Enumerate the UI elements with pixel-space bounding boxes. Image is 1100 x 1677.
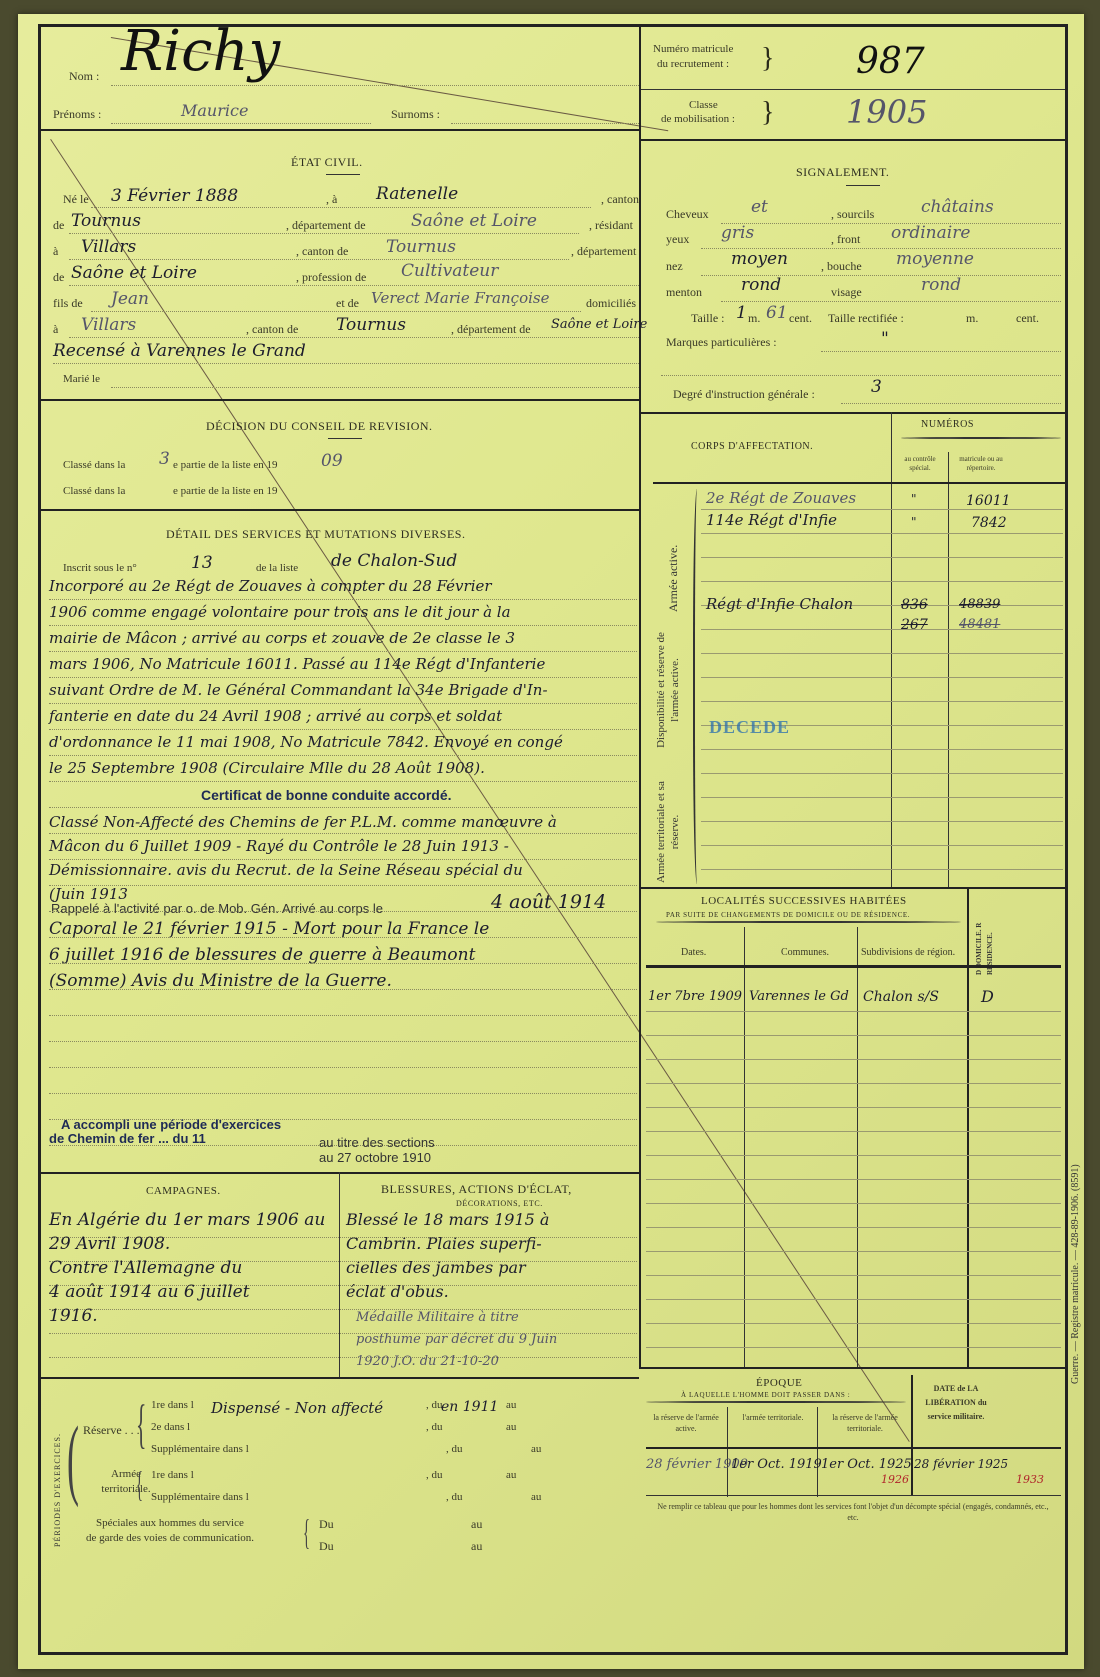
accompli-stamp-1: A accompli une période d'exercices [61, 1117, 281, 1132]
a3-label: à [53, 322, 58, 337]
text-line: Classé Non-Affecté des Chemins de fer P.… [49, 813, 557, 831]
col-communes-header: Communes. [781, 947, 829, 958]
col-dates-header: Dates. [681, 947, 706, 958]
decede-stamp: DECEDE [709, 717, 790, 738]
dept-residence: Saône et Loire [71, 263, 197, 283]
decision-line1-label: Classé dans la [63, 459, 125, 471]
taille-cm-label: cent. [789, 311, 812, 326]
speciales-label-1: Spéciales aux hommes du service [96, 1517, 244, 1529]
periode-row-du-value: en 1911 [441, 1399, 498, 1415]
text-line: Cambrin. Plaies superfi- [346, 1234, 542, 1253]
accompli-stamp-4: au 27 octobre 1910 [319, 1150, 431, 1165]
col-controle-header: au contrôle spécial. [893, 455, 947, 473]
recense-value: Recensé à Varennes le Grand [53, 341, 306, 361]
ne-le-label: Né le [63, 192, 89, 207]
menton-label: menton [666, 285, 702, 300]
lieu-naissance: Ratenelle [376, 184, 458, 204]
dept3-label: , département de [451, 322, 531, 337]
epoque-val2: 1er Oct. 1919 [731, 1457, 822, 1472]
canton3-label: , canton de [246, 322, 298, 337]
text-line: Médaille Militaire à titre [356, 1310, 519, 1325]
text-line: Mâcon du 6 Juillet 1909 - Rayé du Contrô… [49, 837, 509, 855]
menton-value: rond [741, 275, 781, 295]
ne-le-value: 3 Février 1888 [111, 186, 238, 206]
profession-value: Cultivateur [401, 261, 498, 281]
armee-active-label: Armée active. [666, 545, 681, 612]
aff-row2-matricule: 7842 [971, 515, 1007, 531]
canton-label: , canton [601, 192, 639, 207]
text-line: éclat d'obus. [346, 1282, 449, 1301]
speciales-label-2: de garde des voies de communication. [86, 1532, 254, 1544]
reserve-label: Réserve . . . [83, 1423, 140, 1438]
speciales-du-1: Du [319, 1517, 334, 1532]
domicilies-label: domiciliés [586, 296, 636, 311]
prenoms-value: Maurice [181, 101, 248, 120]
periode-row-label: 2e dans l [151, 1421, 190, 1433]
periode-row-du: , du [446, 1491, 463, 1503]
classe-value: 1905 [846, 93, 927, 131]
epoque-val4-correction: 1933 [1016, 1473, 1044, 1486]
text-line: mairie de Mâcon ; arrivé au corps et zou… [49, 629, 515, 647]
text-line: d'ordonnance le 11 mai 1908, No Matricul… [49, 733, 563, 751]
decision-line2-label-b: e partie de la liste en 19 [173, 485, 277, 497]
loc-row1-date: 1er 7bre 1909 [648, 989, 742, 1004]
parents-residence: Villars [81, 315, 136, 335]
blessures-title: BLESSURES, ACTIONS D'ÉCLAT, [381, 1182, 572, 1197]
loc-row1-commune: Varennes le Gd [749, 989, 849, 1004]
col-dr-header: D DOMICILE. R RÉSIDENCE. [974, 895, 996, 975]
taille-m-label: m. [748, 311, 760, 326]
rappele-stamp: Rappelé à l'activité par o. de Mob. Gén.… [51, 901, 383, 916]
text-line: En Algérie du 1er mars 1906 au [49, 1210, 325, 1230]
cheveux-label: Cheveux [666, 207, 709, 222]
epoque-title: ÉPOQUE [756, 1377, 802, 1389]
front-label: , front [831, 232, 860, 247]
periode-row-du: , du [446, 1443, 463, 1455]
text-line: 4 août 1914 au 6 juillet [49, 1282, 250, 1302]
aff-row2-corps: 114e Régt d'Infie [706, 511, 837, 529]
marie-label: Marié le [63, 373, 100, 385]
taille-label: Taille : [691, 311, 724, 326]
degre-value: 3 [871, 377, 882, 397]
canton2-label: , canton de [296, 244, 348, 259]
epoque-col4: DATE de LA LIBÉRATION du service militai… [916, 1382, 996, 1424]
periode-row-au: au [506, 1469, 516, 1481]
signalement-title: SIGNALEMENT. [796, 165, 889, 180]
decision-line1-label-b: e partie de la liste en 19 [173, 459, 277, 471]
text-line: 6 juillet 1916 de blessures de guerre à … [49, 945, 475, 965]
fils-de-label: fils de [53, 296, 83, 311]
text-line: suivant Ordre de M. le Général Commandan… [49, 681, 548, 699]
speciales-au-1: au [471, 1517, 482, 1532]
a2-label: à [53, 244, 58, 259]
loc-row1-subdivision: Chalon s/S [863, 989, 939, 1005]
text-line: Démissionnaire. avis du Recrut. de la Se… [49, 861, 523, 879]
epoque-col2: l'armée territoriale. [731, 1412, 815, 1423]
et-de-label: et de [336, 296, 359, 311]
dept-label: , département de [286, 218, 366, 233]
visage-label: visage [831, 285, 862, 300]
aff-row3-matricule-2: 48481 [959, 617, 1000, 632]
residant-label: , résidant [589, 218, 633, 233]
epoque-subtitle: À LAQUELLE L'HOMME DOIT PASSER DANS : [681, 1391, 850, 1399]
sourcils-value: châtains [921, 197, 994, 217]
periode-row-au: au [531, 1491, 541, 1503]
nom-value: Richy [121, 19, 280, 84]
services-title: DÉTAIL DES SERVICES ET MUTATIONS DIVERSE… [166, 527, 465, 542]
matricule-value: 987 [856, 41, 925, 82]
epoque-note: Ne remplir ce tableau que pour les homme… [653, 1501, 1053, 1523]
text-line: 1906 comme engagé volontaire pour trois … [49, 603, 511, 621]
periode-row-du: , du [426, 1469, 443, 1481]
front-value: ordinaire [891, 223, 970, 243]
mere-value: Verect Marie Françoise [371, 289, 549, 307]
a-label: , à [326, 192, 337, 207]
blessures-subtitle: DÉCORATIONS, ETC. [456, 1199, 543, 1208]
numeros-title: NUMÉROS [921, 419, 974, 430]
text-line: fanterie en date du 24 Avril 1908 ; arri… [49, 707, 502, 725]
marques-value: " [881, 329, 889, 349]
periode-row-label: Supplémentaire dans l [151, 1443, 249, 1455]
de-label: de [53, 218, 64, 233]
decision-title: DÉCISION DU CONSEIL DE REVISION. [206, 419, 433, 434]
affectation-title: CORPS D'AFFECTATION. [691, 441, 813, 452]
text-line: Incorporé au 2e Régt de Zouaves à compte… [49, 577, 492, 595]
dept2-label: , département [571, 244, 636, 259]
profession-label: , profession de [296, 270, 366, 285]
aff-row3-controle-2: 267 [901, 617, 928, 633]
visage-value: rond [921, 275, 961, 295]
territoriale-label: Armée territoriale. [96, 1467, 156, 1497]
disponibilite-label: Disponibilité et réserve de l'armée acti… [654, 615, 682, 765]
bouche-label: , bouche [821, 259, 862, 274]
de2-label: de [53, 270, 64, 285]
localites-subtitle: PAR SUITE DE CHANGEMENTS DE DOMICILE OU … [666, 911, 910, 919]
speciales-au-2: au [471, 1539, 482, 1554]
nez-value: moyen [731, 249, 788, 269]
text-line: (Somme) Avis du Ministre de la Guerre. [49, 971, 392, 991]
epoque-val3: 1er Oct. 1925 [821, 1457, 912, 1472]
text-line: 29 Avril 1908. [49, 1234, 170, 1254]
text-line: le 25 Septembre 1908 (Circulaire Mlle du… [49, 759, 485, 777]
periodes-side-label: PÉRIODES D'EXERCICES. [53, 1433, 62, 1547]
bouche-value: moyenne [896, 249, 974, 269]
periode-row-value: Dispensé - Non affecté [211, 1399, 383, 1417]
liste-value: de Chalon-Sud [331, 551, 457, 571]
text-line: mars 1906, No Matricule 16011. Passé au … [49, 655, 545, 673]
aff-row3-corps: Régt d'Infie Chalon [706, 595, 853, 613]
campagnes-title: CAMPAGNES. [146, 1185, 221, 1197]
canton-naissance: Tournus [71, 211, 141, 231]
epoque-col1: la réserve de l'armée active. [646, 1412, 726, 1434]
aff-row2-controle: " [911, 515, 917, 529]
periode-row-au: au [506, 1421, 516, 1433]
rappele-date: 4 août 1914 [491, 891, 606, 913]
periode-row-label: Supplémentaire dans l [151, 1491, 249, 1503]
periode-row-label: 1re dans l [151, 1469, 194, 1481]
certificat-stamp: Certificat de bonne conduite accordé. [201, 787, 452, 803]
etat-civil-title: ÉTAT CIVIL. [291, 155, 363, 170]
aff-row1-matricule: 16011 [966, 493, 1011, 509]
registry-sheet: Nom : Richy Prénoms : Maurice Surnoms : … [18, 14, 1084, 1669]
text-line: Blessé le 18 mars 1915 à [346, 1210, 549, 1229]
nez-label: nez [666, 259, 683, 274]
text-line: cielles des jambes par [346, 1258, 526, 1277]
aff-row1-corps: 2e Régt de Zouaves [706, 489, 856, 507]
registry-frame: Nom : Richy Prénoms : Maurice Surnoms : … [38, 24, 1068, 1655]
matricule-label-1: Numéro matricule [653, 43, 733, 55]
canton-parents: Tournus [336, 315, 406, 335]
nom-label: Nom : [69, 69, 99, 84]
classe-label-1: Classe [689, 99, 718, 111]
periode-row-au: au [506, 1399, 516, 1411]
pere-value: Jean [111, 289, 149, 309]
speciales-du-2: Du [319, 1539, 334, 1554]
territoriale-armee-label: Armée territoriale et sa réserve. [654, 777, 682, 887]
taille-m: 1 [736, 303, 747, 323]
taille-rect-cm: cent. [1016, 311, 1039, 326]
canton-residence: Tournus [386, 237, 456, 257]
text-line: Caporal le 21 février 1915 - Mort pour l… [49, 919, 489, 939]
dept-naissance: Saône et Loire [411, 211, 537, 231]
degre-label: Degré d'instruction générale : [673, 387, 815, 402]
col-subdivisions-header: Subdivisions de région. [861, 947, 955, 958]
inscrit-num: 13 [191, 553, 213, 573]
aff-row3-controle: 836 [901, 597, 928, 613]
periode-row-du: , du [426, 1421, 443, 1433]
periode-row-au: au [531, 1443, 541, 1455]
taille-rect-m: m. [966, 311, 978, 326]
accompli-stamp-2: de Chemin de fer ... du 11 [49, 1131, 206, 1146]
prenoms-label: Prénoms : [53, 107, 101, 122]
dept-parents: Saône et Loire [551, 317, 647, 332]
decision-line2-label: Classé dans la [63, 485, 125, 497]
decision-partie: 3 [159, 449, 170, 469]
yeux-value: gris [721, 223, 754, 243]
classe-label-2: de mobilisation : [661, 113, 735, 125]
epoque-col3: la réserve de l'armée territoriale. [821, 1412, 909, 1434]
periode-row-label: 1re dans l [151, 1399, 194, 1411]
text-line: 1920 J.O. du 21-10-20 [356, 1354, 499, 1369]
col-matricule-header: matricule ou au répertoire. [951, 455, 1011, 473]
residence: Villars [81, 237, 136, 257]
accompli-stamp-3: au titre des sections [319, 1135, 435, 1150]
marques-label: Marques particulières : [666, 335, 777, 350]
yeux-label: yeux [666, 232, 689, 247]
epoque-val4: 28 février 1925 [914, 1457, 1008, 1471]
aff-row1-controle: " [911, 492, 917, 506]
margin-imprint: Guerre. — Registre matricule. — 428-89-1… [1070, 1164, 1081, 1384]
liste-label: de la liste [256, 562, 298, 574]
text-line: 1916. [49, 1306, 98, 1326]
decision-year: 09 [321, 451, 343, 471]
aff-row3-matricule: 48839 [959, 597, 1000, 612]
text-line: posthume par décret du 9 Juin [356, 1332, 557, 1347]
taille-rect-label: Taille rectifiée : [828, 311, 904, 326]
sourcils-label: , sourcils [831, 207, 874, 222]
localites-title: LOCALITÉS SUCCESSIVES HABITÉES [701, 895, 907, 907]
matricule-label-2: du recrutement : [657, 58, 729, 70]
loc-row1-dr: D [981, 987, 994, 1006]
inscrit-label: Inscrit sous le n° [63, 562, 137, 574]
surnoms-label: Surnoms : [391, 107, 440, 122]
cheveux-value: et [751, 197, 768, 217]
taille-cm: 61 [766, 303, 788, 323]
text-line: Contre l'Allemagne du [49, 1258, 242, 1278]
epoque-val3-correction: 1926 [881, 1473, 909, 1486]
